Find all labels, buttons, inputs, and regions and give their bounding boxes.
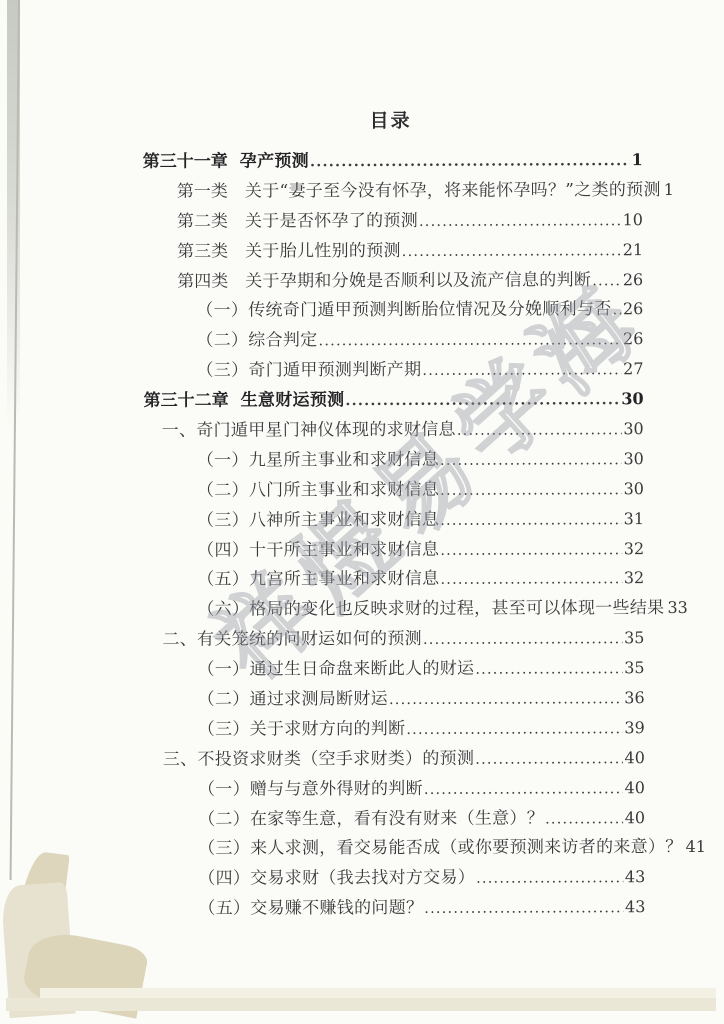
scan-bottom-edge-band <box>6 998 716 1011</box>
toc-entry-page: 27 <box>623 354 643 384</box>
dot-leader <box>402 237 621 268</box>
toc-content: 目录 第三十一章 孕产预测 1 第一类 关于“妻子至今没有怀孕，将来能怀孕吗？”… <box>139 105 646 924</box>
toc-entry-page: 39 <box>624 713 644 743</box>
dot-leader <box>457 416 622 446</box>
dot-leader <box>419 207 621 238</box>
toc-entry-label: 第三十一章 <box>143 148 240 178</box>
toc-entry-page: 43 <box>625 862 645 892</box>
toc-entry: （二）综合判定 26 <box>139 324 643 356</box>
toc-entry-title: 一、奇门遁甲星门神仪体现的求财信息 <box>162 416 456 447</box>
toc-entry: （四）十干所主事业和求财信息 32 <box>140 534 644 566</box>
toc-entry: （三）八神所主事业和求财信息 31 <box>140 504 644 536</box>
toc-entry-page: 33 <box>667 593 687 623</box>
dot-leader <box>592 267 621 297</box>
toc-entry: 三、不投资求财类（空手求财类）的预测 40 <box>141 743 645 775</box>
dot-leader <box>310 146 630 177</box>
toc-entry: 二、有关笼统的问财运如何的预测 35 <box>140 623 644 655</box>
dot-leader <box>406 715 622 746</box>
dot-leader <box>612 297 621 327</box>
toc-entry-page: 21 <box>623 235 643 265</box>
toc-entry-title: 关于“妻子至今没有怀孕，将来能怀孕吗？”之类的预测 <box>245 176 661 207</box>
toc-entry: （四）交易求财（我去找对方交易） 43 <box>141 862 645 894</box>
toc-entry-page: 31 <box>624 504 644 534</box>
toc-entry-page: 30 <box>621 384 643 414</box>
toc-entry: 第三十一章 孕产预测 1 <box>139 145 643 177</box>
toc-entry: 第三类 关于胎儿性别的预测 21 <box>139 235 643 267</box>
toc-entry-page: 32 <box>624 564 644 594</box>
toc-entry: 第四类 关于孕期和分娩是否顺利以及流产信息的判断 26 <box>139 265 643 297</box>
toc-entry: （五）交易赚不赚钱的问题？ 43 <box>141 892 645 924</box>
toc-entry-title: （五）交易赚不赚钱的问题？ <box>198 894 423 925</box>
scan-bottom-edge-soft <box>40 988 716 998</box>
toc-entry: 第二类 关于是否怀孕了的预测 10 <box>139 205 643 237</box>
dot-leader <box>422 356 621 387</box>
toc-entry-title: （一）传统奇门遁甲预测判断胎位情况及分娩顺利与否 <box>196 296 611 327</box>
toc-entry: 第一类 关于“妻子至今没有怀孕，将来能怀孕吗？”之类的预测 1 <box>139 175 643 207</box>
toc-entry-title: （一）九星所主事业和求财信息 <box>197 446 439 477</box>
toc-entry-title: （二）在家等生意，看有没有财来（生意）？ <box>198 804 544 835</box>
toc-entry-label: 第二类 <box>177 207 245 237</box>
toc-entry-page: 40 <box>624 743 644 773</box>
toc-entry-title: （五）九宫所主事业和求财信息 <box>197 565 439 596</box>
toc-entry-title: 关于胎儿性别的预测 <box>245 237 401 267</box>
toc-entry-title: 生意财运预测 <box>241 386 345 416</box>
toc-entry-title: （四）交易求财（我去找对方交易） <box>198 864 475 895</box>
toc-entry-title: （一）赠与与意外得财的判断 <box>198 775 423 806</box>
dot-leader <box>545 805 623 835</box>
toc-entry: （二）在家等生意，看有没有财来（生意）？ 40 <box>141 803 645 835</box>
toc-entry: （三）奇门遁甲预测判断产期 27 <box>139 354 643 386</box>
toc-entry-list: 第三十一章 孕产预测 1 第一类 关于“妻子至今没有怀孕，将来能怀孕吗？”之类的… <box>139 145 646 924</box>
toc-entry-page: 35 <box>624 623 644 653</box>
toc-entry-title: （一）通过生日命盘来断此人的财运 <box>197 655 474 686</box>
dot-leader <box>345 385 619 416</box>
toc-entry-page: 30 <box>624 474 644 504</box>
dot-leader <box>440 536 622 567</box>
toc-entry-label: 第一类 <box>177 177 245 207</box>
toc-entry: （五）九宫所主事业和求财信息 32 <box>140 564 644 596</box>
toc-entry-title: （二）综合判定 <box>196 327 317 357</box>
toc-entry: （一）通过生日命盘来断此人的财运 35 <box>140 653 644 685</box>
toc-entry: （二）通过求测局断财运 36 <box>141 683 645 715</box>
toc-entry-page: 1 <box>664 175 674 205</box>
dot-leader <box>424 775 623 806</box>
dot-leader <box>423 625 622 656</box>
toc-entry-page: 30 <box>623 414 643 444</box>
toc-entry-title: （三）八神所主事业和求财信息 <box>197 506 439 537</box>
toc-entry-title: （二）通过求测局断财运 <box>198 685 388 716</box>
dot-leader <box>475 655 622 685</box>
toc-entry-title: 关于是否怀孕了的预测 <box>245 207 418 238</box>
toc-entry: （一）九星所主事业和求财信息 30 <box>140 444 644 476</box>
toc-entry-title: （四）十干所主事业和求财信息 <box>197 535 439 566</box>
toc-entry: （六）格局的变化也反映求财的过程，甚至可以体现一些结果 33 <box>140 593 644 625</box>
toc-entry-label: 第四类 <box>177 267 245 297</box>
dot-leader <box>440 566 622 597</box>
toc-entry: 第三十二章 生意财运预测 30 <box>140 384 644 416</box>
toc-entry-title: 关于孕期和分娩是否顺利以及流产信息的判断 <box>245 266 591 297</box>
toc-entry-page: 26 <box>623 295 643 325</box>
toc-entry-title: 三、不投资求财类（空手求财类）的预测 <box>163 745 475 776</box>
dot-leader <box>440 476 622 507</box>
scanned-toc-page: 目录 第三十一章 孕产预测 1 第一类 关于“妻子至今没有怀孕，将来能怀孕吗？”… <box>0 0 724 1024</box>
toc-entry-page: 40 <box>625 773 645 803</box>
page-title: 目录 <box>139 105 643 134</box>
toc-entry-title: （三）关于求财方向的判断 <box>198 715 406 746</box>
dot-leader <box>318 327 621 358</box>
toc-entry-page: 35 <box>624 653 644 683</box>
toc-entry-page: 30 <box>623 444 643 474</box>
toc-entry-title: 二、有关笼统的问财运如何的预测 <box>162 625 422 656</box>
dot-leader <box>424 894 623 925</box>
toc-entry-label: 第三十二章 <box>144 387 241 417</box>
toc-entry-page: 43 <box>625 892 645 922</box>
toc-entry-page: 10 <box>623 205 643 235</box>
dot-leader <box>389 685 622 716</box>
toc-entry-title: （六）格局的变化也反映求财的过程，甚至可以体现一些结果 <box>197 594 664 626</box>
toc-entry-title: （三）来人求测，看交易能否成（或你要预测来访者的来意）？ <box>198 833 683 865</box>
toc-entry-title: 孕产预测 <box>240 147 309 177</box>
dot-leader <box>440 506 622 537</box>
toc-entry-page: 1 <box>632 145 643 175</box>
toc-entry: （三）来人求测，看交易能否成（或你要预测来访者的来意）？ 41 <box>141 833 645 865</box>
toc-entry-label: 第三类 <box>177 237 245 267</box>
dot-leader <box>475 745 622 775</box>
toc-entry-page: 41 <box>686 832 706 862</box>
toc-entry: 一、奇门遁甲星门神仪体现的求财信息 30 <box>140 414 644 446</box>
toc-entry-page: 26 <box>623 265 643 295</box>
dot-leader <box>440 446 622 477</box>
toc-entry: （一）传统奇门遁甲预测判断胎位情况及分娩顺利与否 26 <box>139 295 643 327</box>
toc-entry: （三）关于求财方向的判断 39 <box>141 713 645 745</box>
toc-entry-page: 26 <box>623 324 643 354</box>
toc-entry: （二）八门所主事业和求财信息 30 <box>140 474 644 506</box>
dot-leader <box>476 865 623 895</box>
toc-entry-page: 36 <box>624 683 644 713</box>
toc-entry-title: （三）奇门遁甲预测判断产期 <box>196 356 421 387</box>
toc-entry-page: 40 <box>625 803 645 833</box>
toc-entry-title: （二）八门所主事业和求财信息 <box>197 476 439 507</box>
toc-entry-page: 32 <box>624 534 644 564</box>
toc-entry: （一）赠与与意外得财的判断 40 <box>141 773 645 805</box>
